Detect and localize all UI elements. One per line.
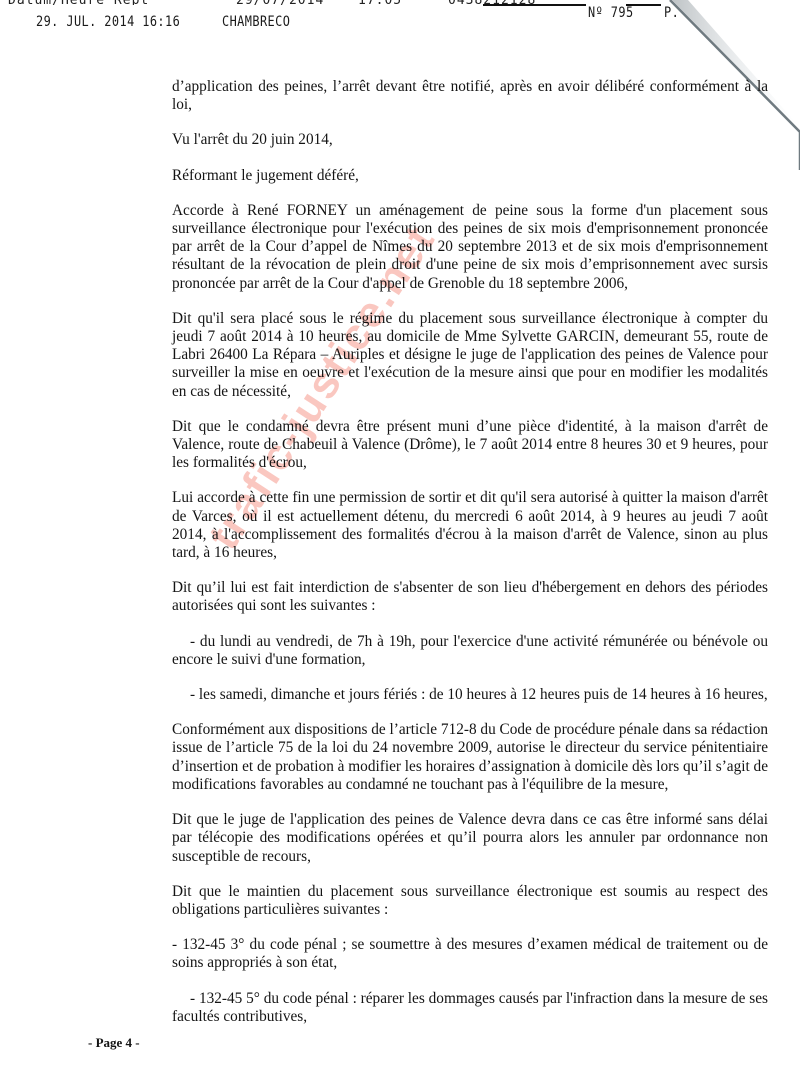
fax-clipped-time: 17:05 xyxy=(358,0,402,5)
paragraph: Conformément aux dispositions de l’artic… xyxy=(172,721,768,794)
fax-clipped-label: Datum/Heure Rept xyxy=(8,0,149,5)
fax-page-marker: P. xyxy=(664,5,679,21)
document-body: d’application des peines, l’arrêt devant… xyxy=(172,78,768,1043)
fax-datetime: 29. JUL. 2014 16:16 xyxy=(36,14,180,30)
paragraph: Vu l'arrêt du 20 juin 2014, xyxy=(172,131,768,149)
fax-rule-left xyxy=(483,4,586,6)
paragraph: - du lundi au vendredi, de 7h à 19h, pou… xyxy=(172,633,768,669)
fax-number: Nº 795 xyxy=(588,5,634,21)
paragraph: Dit qu’il lui est fait interdiction de s… xyxy=(172,579,768,615)
paragraph: Réformant le jugement déféré, xyxy=(172,167,768,185)
paragraph: Dit que le condamné devra être présent m… xyxy=(172,418,768,473)
paragraph: d’application des peines, l’arrêt devant… xyxy=(172,78,768,114)
fax-clipped-date: 29/07/2014 xyxy=(236,0,324,5)
fax-sender: CHAMBRECO xyxy=(222,14,290,30)
paragraph: - 132-45 5° du code pénal : réparer les … xyxy=(172,990,768,1026)
paragraph: - 132-45 3° du code pénal ; se soumettre… xyxy=(172,936,768,972)
page-number: - Page 4 - xyxy=(88,1035,140,1051)
paragraph: - les samedi, dimanche et jours fériés :… xyxy=(172,686,768,704)
paragraph: Accorde à René FORNEY un aménagement de … xyxy=(172,202,768,293)
paragraph: Lui accorde à cette fin une permission d… xyxy=(172,489,768,562)
fax-rule-right xyxy=(626,4,661,6)
paragraph: Dit qu'il sera placé sous le régime du p… xyxy=(172,310,768,401)
paragraph: Dit que le juge de l'application des pei… xyxy=(172,811,768,866)
paragraph: Dit que le maintien du placement sous su… xyxy=(172,883,768,919)
